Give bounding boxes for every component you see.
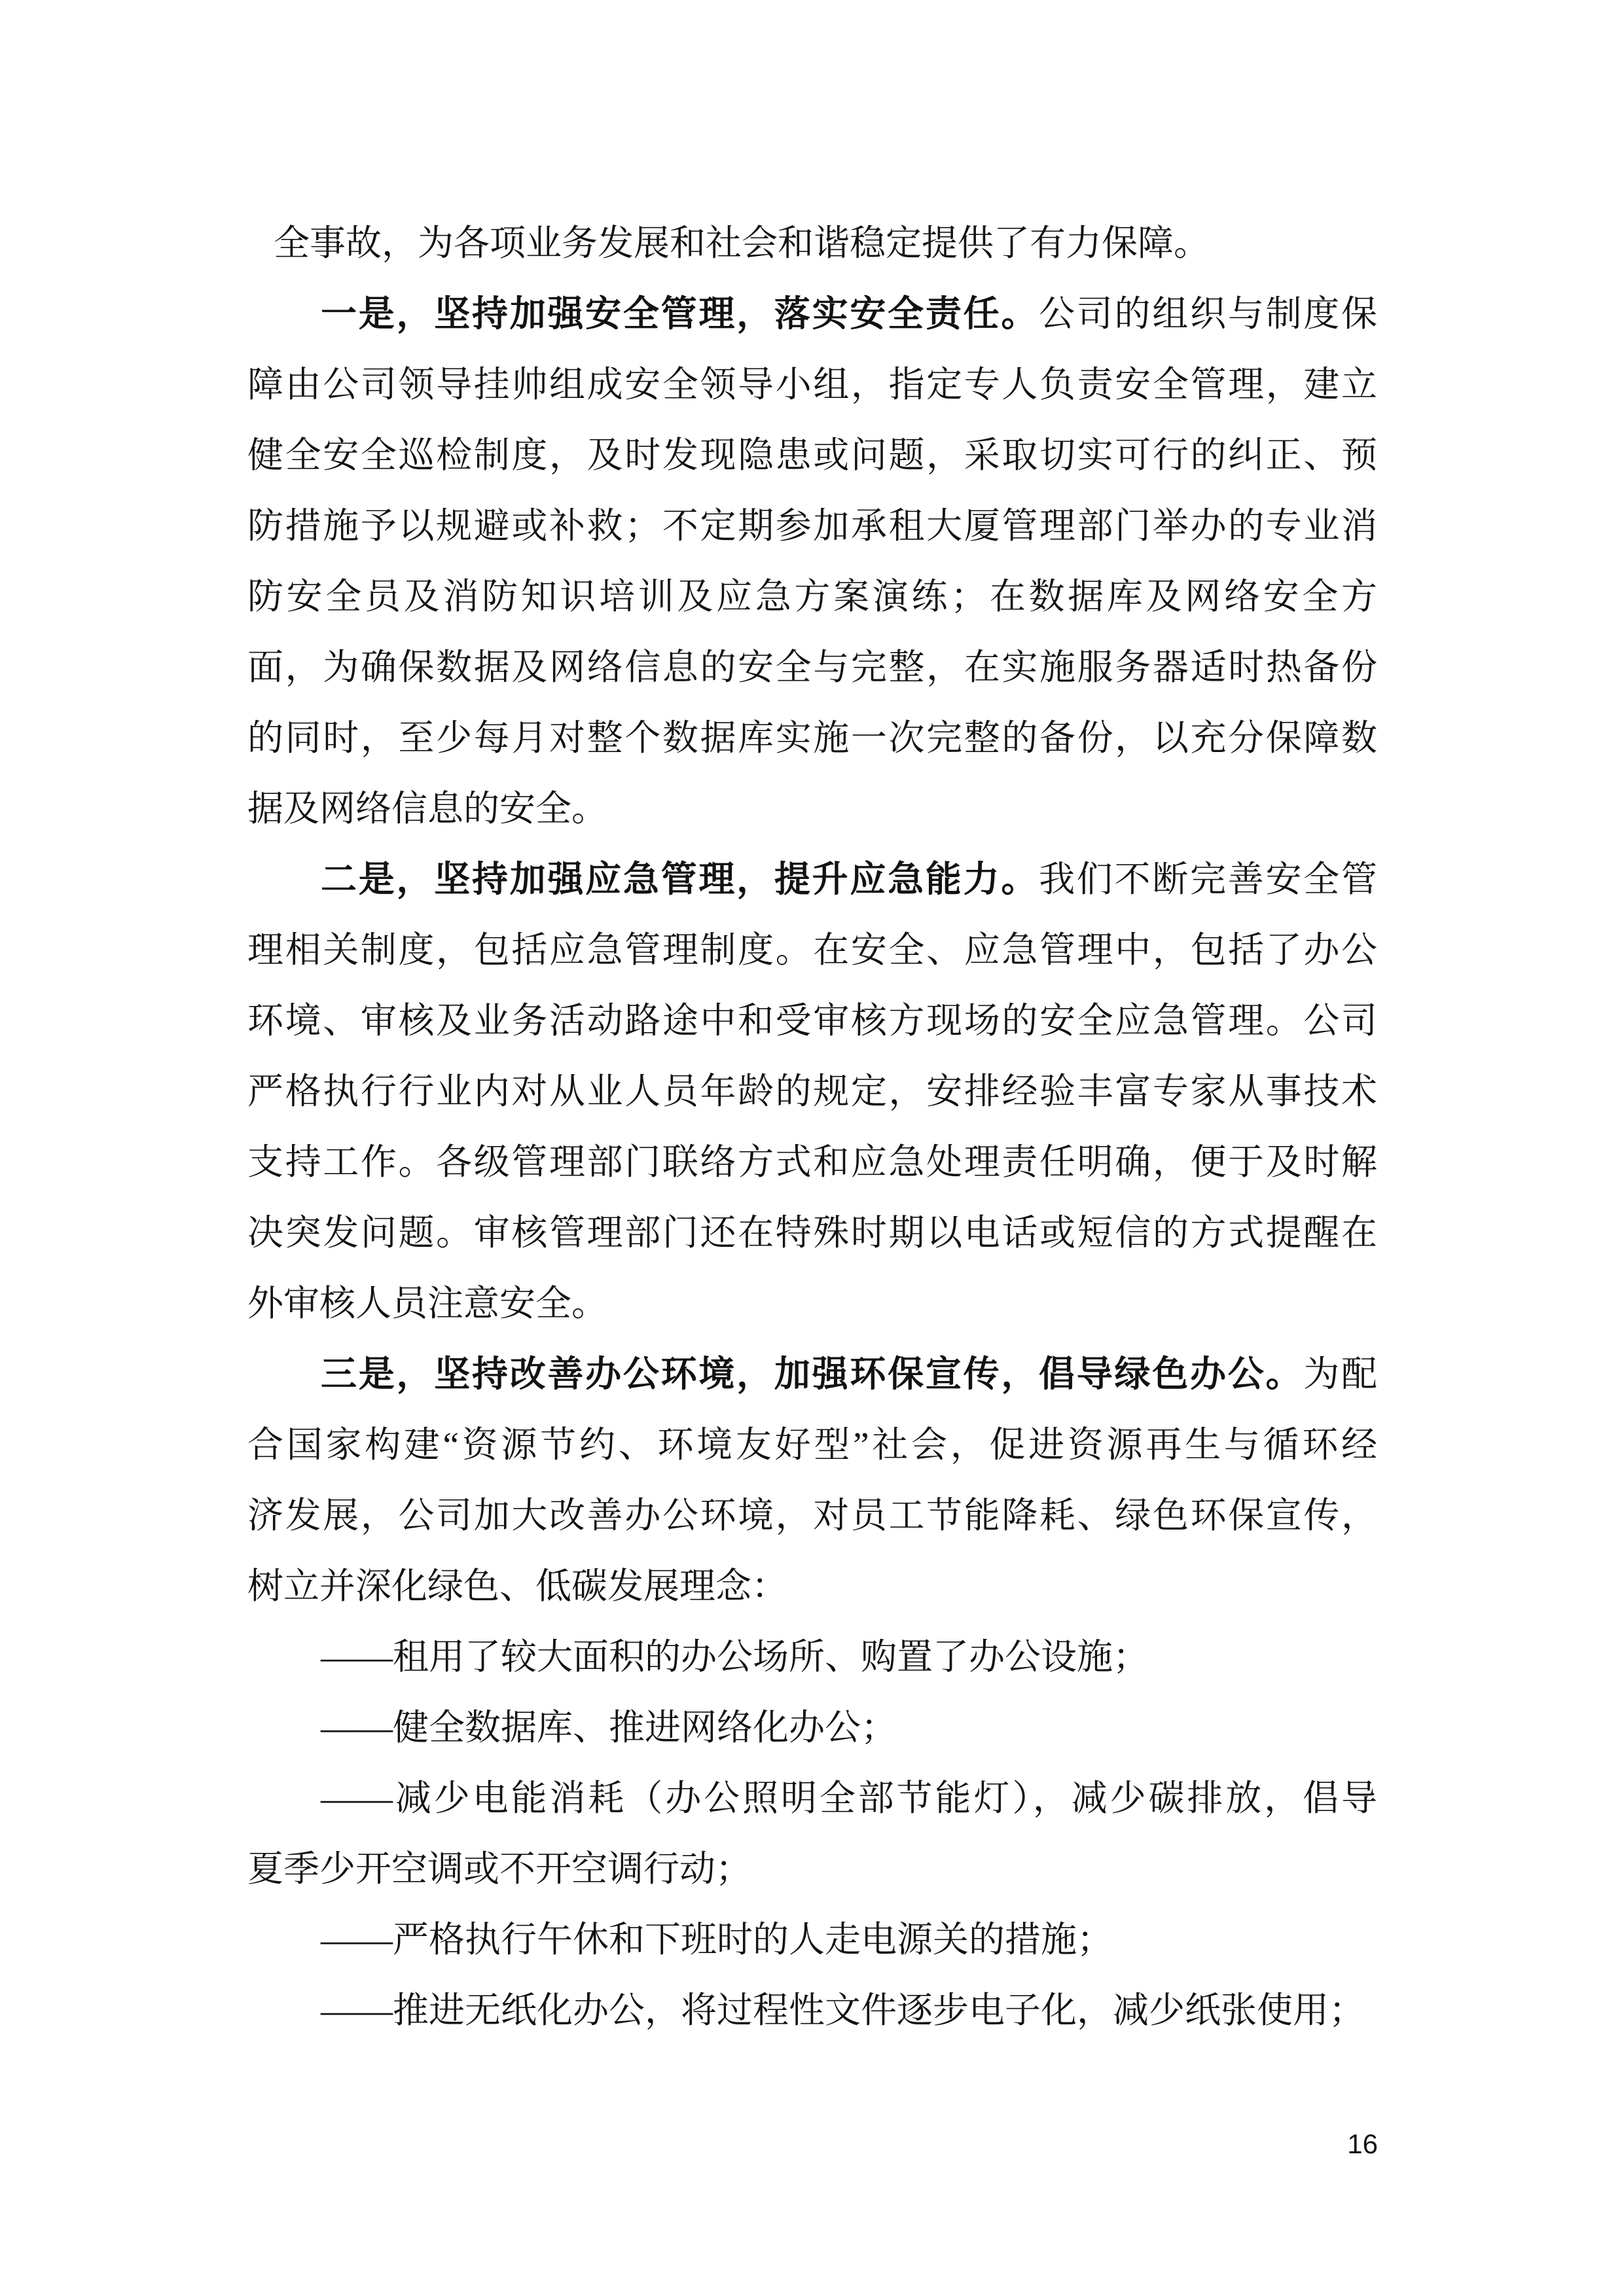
text-line: 防安全员及消防知识培训及应急方案演练；在数据库及网络安全方 <box>247 562 1377 632</box>
text-line: 一是，坚持加强安全管理，落实安全责任。公司的组织与制度保 <box>247 279 1377 350</box>
text-line: 健全安全巡检制度，及时发现隐患或问题，采取切实可行的纠正、预 <box>247 420 1377 491</box>
text-line: 夏季少开空调或不开空调行动； <box>247 1834 1377 1905</box>
text-line: 理相关制度，包括应急管理制度。在安全、应急管理中，包括了办公 <box>247 915 1377 986</box>
text-line: 支持工作。各级管理部门联络方式和应急处理责任明确，便于及时解 <box>247 1127 1377 1198</box>
body-text-run: 全事故，为各项业务发展和社会和谐稳定提供了有力保障。 <box>274 223 1210 263</box>
document-page: 全事故，为各项业务发展和社会和谐稳定提供了有力保障。一是，坚持加强安全管理，落实… <box>0 0 1624 2296</box>
text-line: 据及网络信息的安全。 <box>247 774 1377 844</box>
body-text-run: 为配 <box>1303 1354 1377 1394</box>
text-line: 的同时，至少每月对整个数据库实施一次完整的备份，以充分保障数 <box>247 703 1377 774</box>
page-number: 16 <box>1347 2128 1378 2160</box>
text-line: 外审核人员注意安全。 <box>247 1268 1377 1339</box>
text-line: 环境、审核及业务活动路途中和受审核方现场的安全应急管理。公司 <box>247 986 1377 1056</box>
bold-lead-in-run: 三是，坚持改善办公环境，加强环保宣传，倡导绿色办公。 <box>321 1354 1303 1394</box>
body-text-run: 健全安全巡检制度，及时发现隐患或问题，采取切实可行的纠正、预 <box>247 435 1377 475</box>
text-line: 面，为确保数据及网络信息的安全与完整，在实施服务器适时热备份 <box>247 632 1377 703</box>
body-text-run: 面，为确保数据及网络信息的安全与完整，在实施服务器适时热备份 <box>247 647 1377 687</box>
body-text-run: 支持工作。各级管理部门联络方式和应急处理责任明确，便于及时解 <box>247 1142 1377 1182</box>
body-text-run: ——减少电能消耗（办公照明全部节能灯），减少碳排放，倡导 <box>321 1778 1377 1818</box>
body-text-run: ——推进无纸化办公，将过程性文件逐步电子化，减少纸张使用； <box>321 1990 1365 2030</box>
text-line: 障由公司领导挂帅组成安全领导小组，指定专人负责安全管理，建立 <box>247 350 1377 420</box>
body-text-run: 公司的组织与制度保 <box>1039 294 1377 334</box>
body-text: 全事故，为各项业务发展和社会和谐稳定提供了有力保障。一是，坚持加强安全管理，落实… <box>247 208 1377 2046</box>
body-text-run: 夏季少开空调或不开空调行动； <box>247 1849 751 1889</box>
body-text-run: 的同时，至少每月对整个数据库实施一次完整的备份，以充分保障数 <box>247 718 1377 758</box>
text-line: 严格执行行业内对从业人员年龄的规定，安排经验丰富专家从事技术 <box>247 1056 1377 1127</box>
body-text-run: 环境、审核及业务活动路途中和受审核方现场的安全应急管理。公司 <box>247 1001 1377 1041</box>
text-line: 二是，坚持加强应急管理，提升应急能力。我们不断完善安全管 <box>247 844 1377 915</box>
bold-lead-in-run: 一是，坚持加强安全管理，落实安全责任。 <box>321 294 1039 334</box>
body-text-run: 合国家构建“资源节约、环境友好型”社会，促进资源再生与循环经 <box>247 1425 1377 1465</box>
body-text-run: 严格执行行业内对从业人员年龄的规定，安排经验丰富专家从事技术 <box>247 1071 1377 1111</box>
body-text-run: 据及网络信息的安全。 <box>247 789 607 829</box>
text-line: ——推进无纸化办公，将过程性文件逐步电子化，减少纸张使用； <box>247 1975 1377 2046</box>
body-text-run: 树立并深化绿色、低碳发展理念： <box>247 1566 787 1606</box>
text-line: 济发展，公司加大改善办公环境，对员工节能降耗、绿色环保宣传， <box>247 1480 1377 1551</box>
body-text-run: 防措施予以规避或补救；不定期参加承租大厦管理部门举办的专业消 <box>247 506 1377 546</box>
text-line: ——严格执行午休和下班时的人走电源关的措施； <box>247 1905 1377 1975</box>
text-line: 三是，坚持改善办公环境，加强环保宣传，倡导绿色办公。为配 <box>247 1339 1377 1410</box>
body-text-run: 我们不断完善安全管 <box>1039 859 1377 899</box>
text-line: 防措施予以规避或补救；不定期参加承租大厦管理部门举办的专业消 <box>247 491 1377 562</box>
body-text-run: ——健全数据库、推进网络化办公； <box>321 1708 897 1748</box>
body-text-run: 济发展，公司加大改善办公环境，对员工节能降耗、绿色环保宣传， <box>247 1496 1377 1535</box>
text-line: 树立并深化绿色、低碳发展理念： <box>247 1551 1377 1622</box>
body-text-run: ——严格执行午休和下班时的人走电源关的措施； <box>321 1920 1113 1960</box>
body-text-run: 障由公司领导挂帅组成安全领导小组，指定专人负责安全管理，建立 <box>247 365 1377 404</box>
body-text-run: 防安全员及消防知识培训及应急方案演练；在数据库及网络安全方 <box>247 577 1377 617</box>
text-line: 合国家构建“资源节约、环境友好型”社会，促进资源再生与循环经 <box>247 1410 1377 1480</box>
body-text-run: 外审核人员注意安全。 <box>247 1283 607 1323</box>
body-text-run: ——租用了较大面积的办公场所、购置了办公设施； <box>321 1637 1149 1677</box>
body-text-run: 理相关制度，包括应急管理制度。在安全、应急管理中，包括了办公 <box>247 930 1377 970</box>
text-line: ——减少电能消耗（办公照明全部节能灯），减少碳排放，倡导 <box>247 1763 1377 1834</box>
text-line: ——健全数据库、推进网络化办公； <box>247 1693 1377 1763</box>
text-line: ——租用了较大面积的办公场所、购置了办公设施； <box>247 1622 1377 1693</box>
bold-lead-in-run: 二是，坚持加强应急管理，提升应急能力。 <box>321 859 1039 899</box>
body-text-run: 决突发问题。审核管理部门还在特殊时期以电话或短信的方式提醒在 <box>247 1213 1377 1253</box>
text-line: 全事故，为各项业务发展和社会和谐稳定提供了有力保障。 <box>247 208 1377 279</box>
text-line: 决突发问题。审核管理部门还在特殊时期以电话或短信的方式提醒在 <box>247 1198 1377 1268</box>
